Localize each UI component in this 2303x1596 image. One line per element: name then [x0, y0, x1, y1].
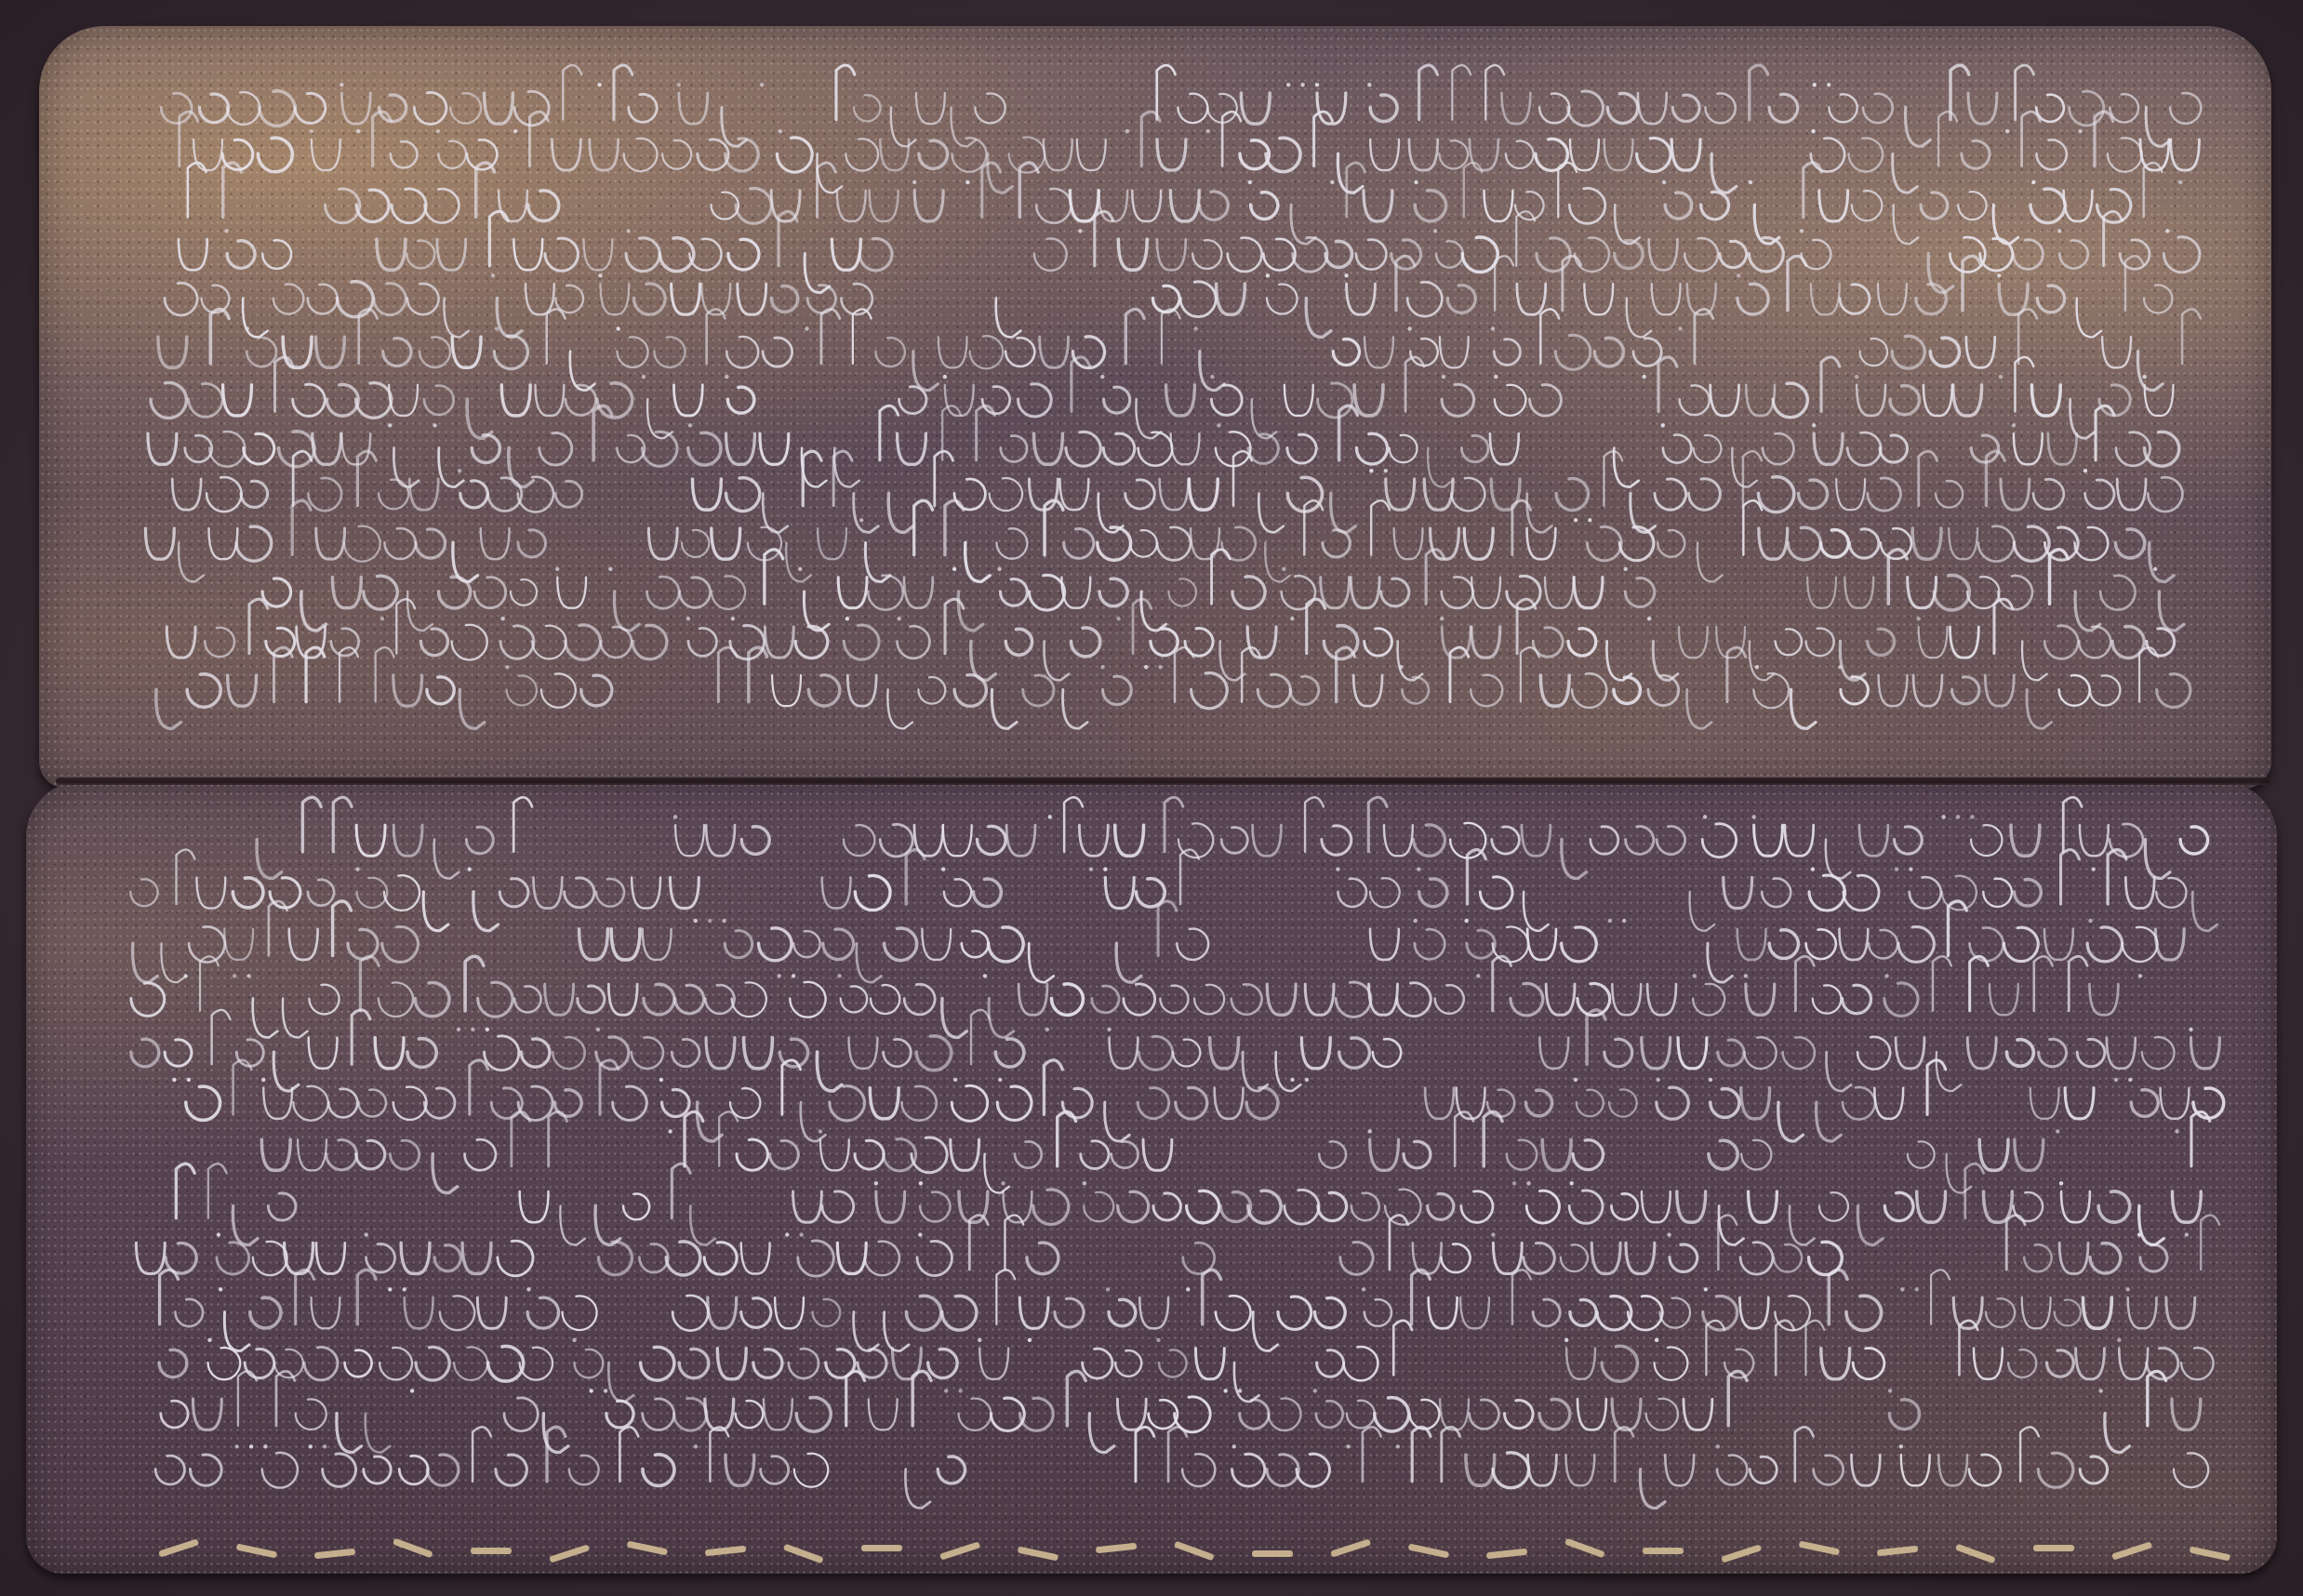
bottom-stitching	[0, 0, 2303, 1596]
